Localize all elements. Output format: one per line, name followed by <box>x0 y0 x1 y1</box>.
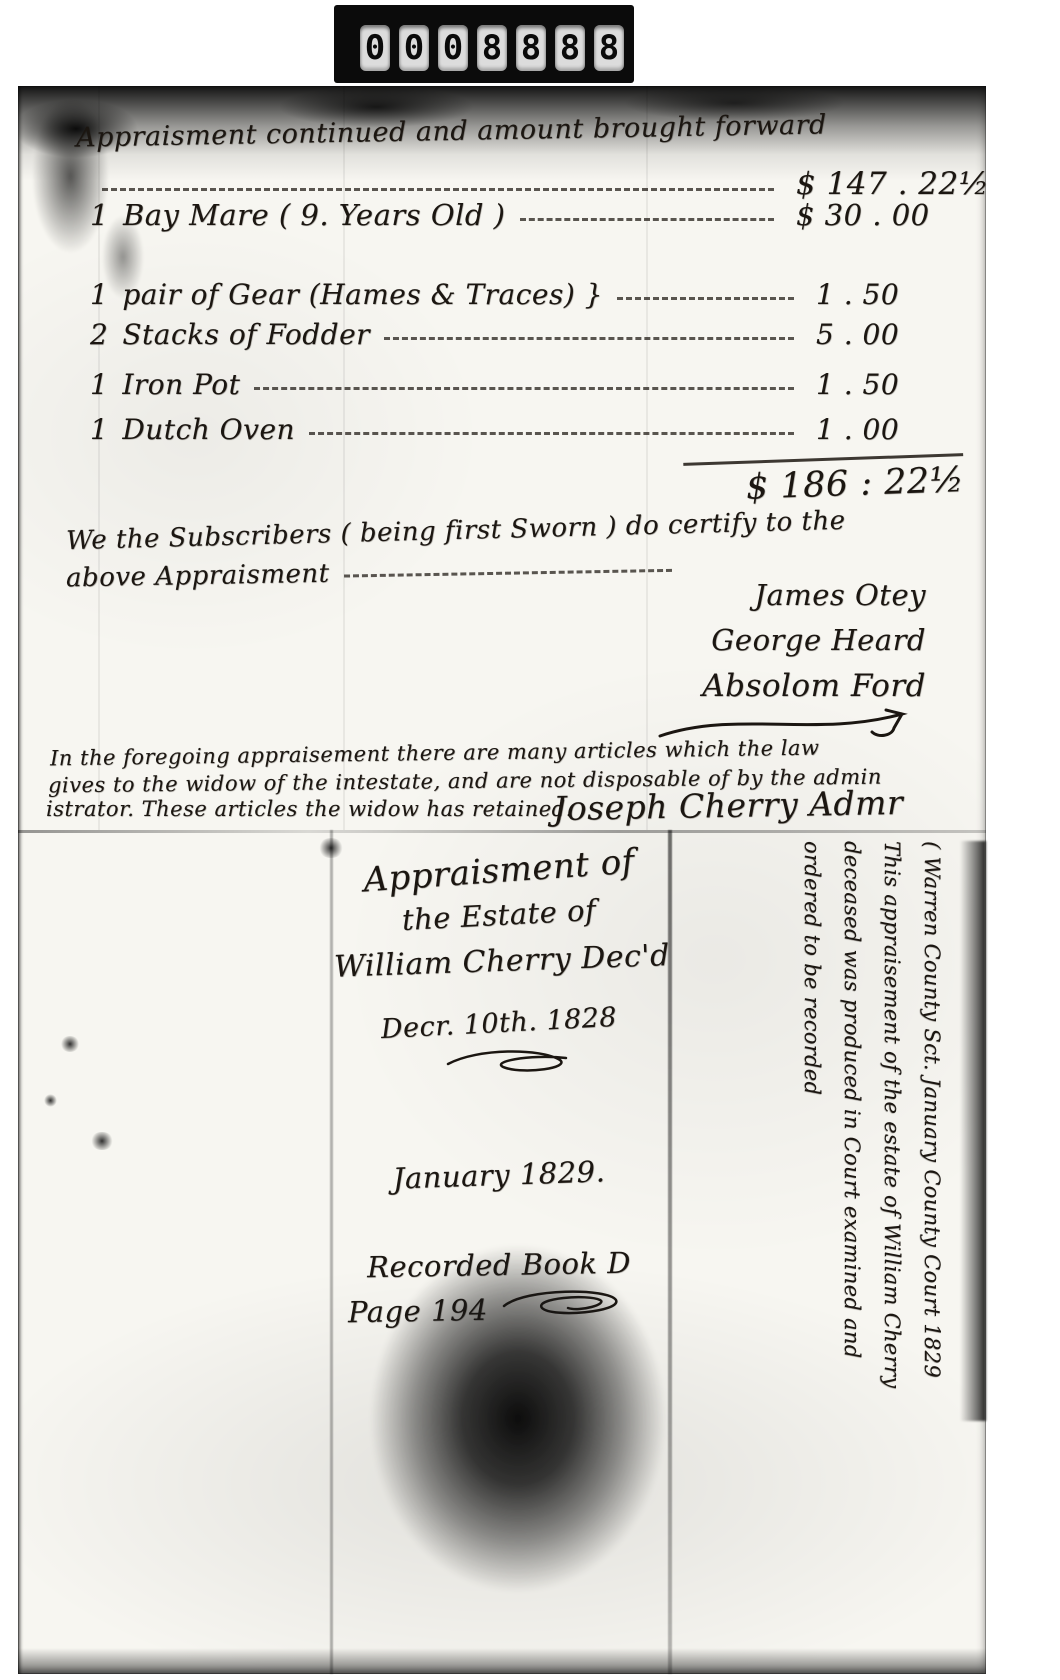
court-note-line: deceased was produced in Court examined … <box>832 841 872 1401</box>
counter-digit: 8 <box>516 25 546 71</box>
item-description: pair of Gear (Hames & Traces) } <box>122 278 603 311</box>
item-description: Dutch Oven <box>122 413 295 446</box>
certification-line: We the Subscribers ( being first Sworn )… <box>66 506 846 556</box>
counter-digit: 8 <box>555 25 585 71</box>
widow-note-line: istrator. These articles the widow has r… <box>46 797 573 821</box>
item-amount: 1 . 00 <box>808 413 966 446</box>
film-frame-counter: 0 0 0 8 8 8 8 <box>334 5 634 83</box>
item-quantity: 2 <box>90 318 108 351</box>
widow-note-line: In the foregoing appraisement there are … <box>50 736 820 771</box>
counter-digit: 0 <box>399 25 429 71</box>
item-amount: 5 . 00 <box>808 318 966 351</box>
dash-leader <box>384 337 794 340</box>
docket-page-number: Page 194 <box>348 1293 488 1329</box>
docket-flourish <box>438 1044 578 1078</box>
ledger-row: 2 Stacks of Fodder 5 . 00 <box>90 318 966 351</box>
docket-month: January 1829. <box>334 1152 665 1197</box>
item-description: Stacks of Fodder <box>122 318 370 351</box>
court-note-line: ( Warren County Sct. January County Cour… <box>912 841 952 1401</box>
certification-line: above Appraisment <box>66 553 686 594</box>
item-quantity: 1 <box>90 278 108 311</box>
item-description: Bay Mare ( 9. Years Old ) <box>123 198 506 232</box>
fold-line-vertical <box>330 830 333 1674</box>
stain-mark <box>90 1132 114 1150</box>
ledger-row: 1 Iron Pot 1 . 50 <box>90 368 966 401</box>
item-amount: $ 30 . 00 <box>788 198 966 232</box>
counter-digit: 8 <box>477 25 507 71</box>
item-description: Iron Pot <box>122 368 240 401</box>
docket-date: Decr. 10th. 1828 <box>333 999 664 1047</box>
dash-leader <box>254 387 794 390</box>
docket-recorded: Recorded Book D <box>334 1245 665 1285</box>
toner-edge-bottom <box>18 1648 986 1674</box>
ledger-row: 1 Bay Mare ( 9. Years Old ) $ 30 . 00 <box>90 198 966 232</box>
signature: James Otey <box>754 578 926 612</box>
ledger-total: $ 186 : 22½ <box>683 453 964 510</box>
counter-digit: 8 <box>594 25 624 71</box>
item-quantity: 1 <box>90 368 108 401</box>
ledger-row: 1 Dutch Oven 1 . 00 <box>90 413 966 446</box>
counter-digit: 0 <box>438 25 468 71</box>
court-note-line: ordered to be recorded <box>792 841 832 1401</box>
counter-digit: 0 <box>360 25 390 71</box>
certification-text: above Appraisment <box>66 559 330 594</box>
stain-mark <box>44 1094 57 1107</box>
toner-blob-bottom <box>318 1146 718 1616</box>
stain-mark <box>60 1036 80 1052</box>
dash-leader <box>344 569 672 578</box>
docket-title-line: William Cherry Dec'd <box>333 938 664 984</box>
dash-leader <box>309 432 794 435</box>
ledger-row: 1 pair of Gear (Hames & Traces) } 1 . 50 <box>90 278 966 311</box>
stain-mark <box>318 838 344 858</box>
dash-leader <box>102 188 774 191</box>
signature: George Heard <box>711 623 926 657</box>
fold-line-horizontal <box>18 830 986 833</box>
item-amount: 1 . 50 <box>808 368 966 401</box>
administrator-signature: Joseph Cherry Admr <box>553 783 904 828</box>
signature: Absolom Ford <box>702 668 926 704</box>
court-note-line: This appraisement of the estate of Willi… <box>872 841 912 1401</box>
item-quantity: 1 <box>90 413 108 446</box>
toner-band-right <box>960 841 986 1421</box>
ledger-row-brought-forward: $ 147 . 22½ <box>88 166 966 202</box>
dash-leader <box>520 218 775 221</box>
item-quantity: 1 <box>90 198 109 232</box>
ledger-header: Appraisment continued and amount brought… <box>76 109 827 153</box>
docket-flourish <box>496 1284 626 1332</box>
document-page: Appraisment continued and amount brought… <box>18 86 986 1674</box>
item-amount: 1 . 50 <box>808 278 966 311</box>
brought-forward-amount: $ 147 . 22½ <box>788 166 966 202</box>
dash-leader <box>617 297 794 300</box>
court-note: ( Warren County Sct. January County Cour… <box>792 841 952 1401</box>
